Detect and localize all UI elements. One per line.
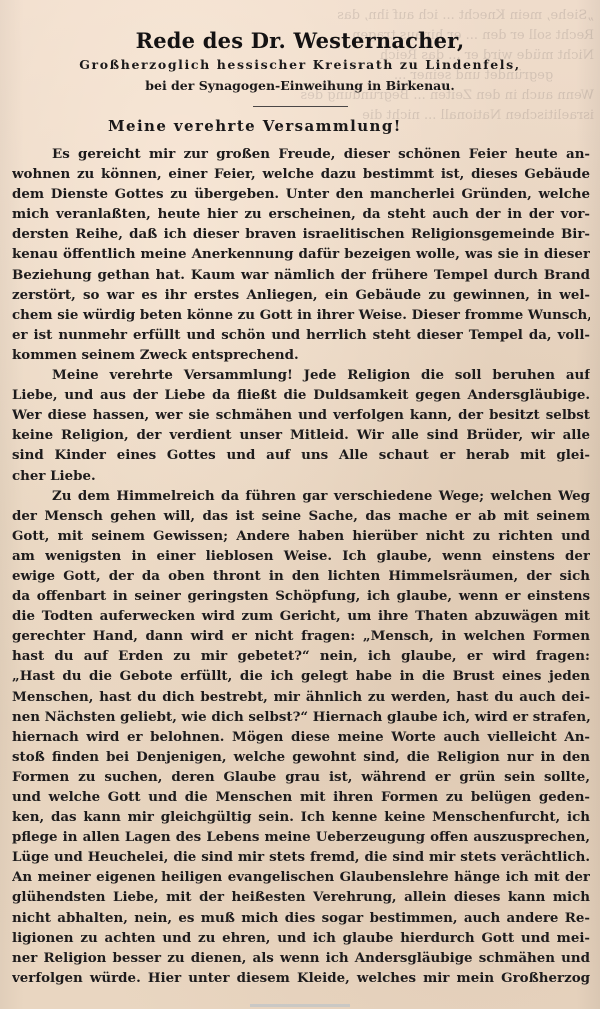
text-line: ken, das kann mir gleichgültig sein. Ich… [12, 807, 590, 827]
page-bottom-mark [250, 1004, 350, 1007]
text-line: am wenigsten in einer lieblosen Weise. I… [12, 546, 590, 566]
show-through-line: israelitischen Nationall ... nicht die [394, 106, 594, 126]
text-line: hast du auf Erden zu mir gebetet?“ nein,… [12, 646, 590, 666]
text-line: Liebe, und aus der Liebe da fließt die D… [12, 385, 590, 405]
show-through-line: „Siehe, mein Knecht ... ich auf ihn, das [394, 6, 594, 26]
text-line: Lüge und Heuchelei, die sind mir stets f… [12, 847, 590, 867]
text-line: cher Liebe. [12, 466, 590, 486]
text-line: Wer diese hassen, wer sie schmähen und v… [12, 405, 590, 425]
text-line: Zu dem Himmelreich da führen gar verschi… [12, 486, 590, 506]
text-line: da offenbart in seiner geringsten Schöpf… [12, 586, 590, 606]
text-line: verfolgen würde. Hier unter diesem Kleid… [12, 968, 590, 988]
text-line: keine Religion, der verdient unser Mitle… [12, 425, 590, 445]
text-line: nicht abhalten, nein, es muß mich dies s… [12, 908, 590, 928]
speech-title: Rede des Dr. Westernacher, [0, 28, 600, 53]
text-line: Es gereicht mir zur großen Freude, diese… [12, 144, 590, 164]
text-line: pflege in allen Lagen des Lebens meine U… [12, 827, 590, 847]
text-line: Formen zu suchen, deren Glaube grau ist,… [12, 767, 590, 787]
speech-body: Es gereicht mir zur großen Freude, diese… [12, 144, 590, 988]
text-line: dem Dienste Gottes zu übergeben. Unter d… [12, 184, 590, 204]
text-line: Beziehung gethan hat. Kaum war nämlich d… [12, 265, 590, 285]
text-line: zerstört, so war es ihr erstes Anliegen,… [12, 285, 590, 305]
text-line: kenau öffentlich meine Anerkennung dafür… [12, 244, 590, 264]
text-line: mich veranlaßten, heute hier zu erschein… [12, 204, 590, 224]
text-line: die Todten auferwecken wird zum Gericht,… [12, 606, 590, 626]
text-line: glühendsten Liebe, mit der heißesten Ver… [12, 887, 590, 907]
text-line: ligionen zu achten und zu ehren, und ich… [12, 928, 590, 948]
text-line: An meiner eigenen heiligen evangelischen… [12, 867, 590, 887]
text-line: er ist nunmehr erfüllt und schön und her… [12, 325, 590, 345]
text-line: gerechter Hand, dann wird er nicht frage… [12, 626, 590, 646]
text-line: Gott, mit seinem Gewissen; Andere haben … [12, 526, 590, 546]
text-line: wohnen zu können, einer Feier, welche da… [12, 164, 590, 184]
text-line: „Hast du die Gebote erfüllt, die ich gel… [12, 666, 590, 686]
salutation: Meine verehrte Versammlung! [108, 117, 402, 135]
text-line: sind Kinder eines Gottes und auf uns All… [12, 445, 590, 465]
text-line: und welche Gott und die Menschen mit ihr… [12, 787, 590, 807]
header-divider [253, 106, 348, 107]
text-line: Menschen, hast du dich bestrebt, mir ähn… [12, 687, 590, 707]
text-line: ner Religion besser zu dienen, als wenn … [12, 948, 590, 968]
text-line: Meine verehrte Versammlung! Jede Religio… [12, 365, 590, 385]
text-line: chem sie würdig beten könne zu Gott in i… [12, 305, 590, 325]
text-line: nen Nächsten geliebt, wie dich selbst?“ … [12, 707, 590, 727]
text-line: kommen seinem Zweck entsprechend. [12, 345, 590, 365]
scanned-page: „Siehe, mein Knecht ... ich auf ihn, das… [0, 0, 600, 1009]
text-line: der Mensch gehen will, das ist seine Sac… [12, 506, 590, 526]
text-line: ewige Gott, der da oben thront in den li… [12, 566, 590, 586]
text-line: stoß finden bei Denjenigen, welche gewoh… [12, 747, 590, 767]
speaker-position: Großherzoglich hessischer Kreisrath zu L… [0, 57, 600, 72]
occasion-line: bei der Synagogen-Einweihung in Birkenau… [0, 78, 600, 93]
text-line: dersten Reihe, daß ich dieser braven isr… [12, 224, 590, 244]
text-line: hiernach wird er belohnen. Mögen diese m… [12, 727, 590, 747]
